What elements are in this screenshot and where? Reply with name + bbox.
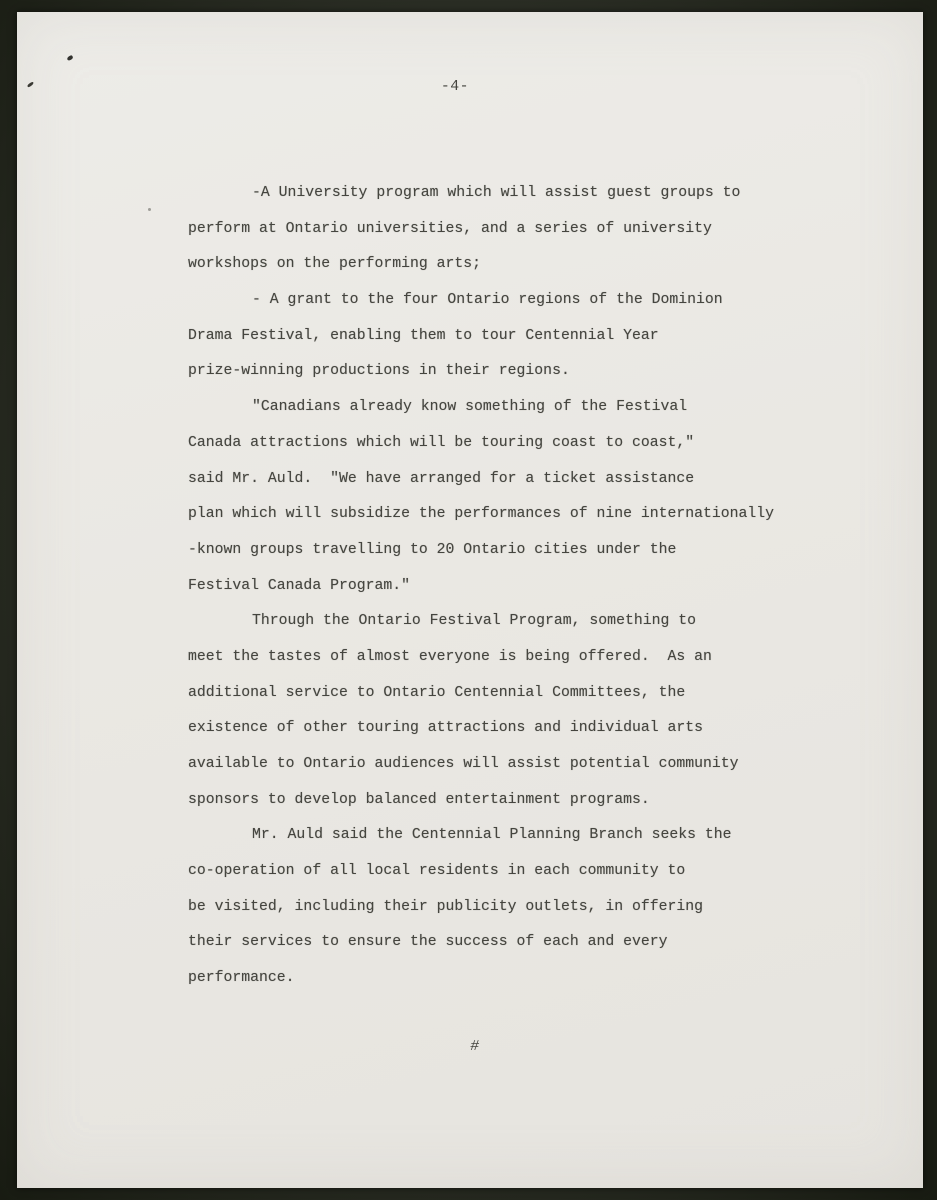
end-of-document-mark: # [460,1038,490,1056]
text-line: Festival Canada Program." [188,569,848,605]
text-line: plan which will subsidize the performanc… [188,497,848,533]
text-line: workshops on the performing arts; [188,247,848,283]
text-line: said Mr. Auld. "We have arranged for a t… [188,462,848,498]
text-line: -A University program which will assist … [188,176,848,212]
text-line: perform at Ontario universities, and a s… [188,212,848,248]
text-line: - A grant to the four Ontario regions of… [188,283,848,319]
text-line: be visited, including their publicity ou… [188,890,848,926]
ink-speck [66,55,73,61]
text-line: existence of other touring attractions a… [188,711,848,747]
text-line: "Canadians already know something of the… [188,390,848,426]
document-page: -4- -A University program which will ass… [17,12,923,1188]
text-line: Mr. Auld said the Centennial Planning Br… [188,818,848,854]
text-line: Drama Festival, enabling them to tour Ce… [188,319,848,355]
text-line: prize-winning productions in their regio… [188,354,848,390]
document-body: -A University program which will assist … [188,176,848,997]
text-line: sponsors to develop balanced entertainme… [188,783,848,819]
scan-background: -4- -A University program which will ass… [0,0,937,1200]
text-line: Canada attractions which will be touring… [188,426,848,462]
text-line: available to Ontario audiences will assi… [188,747,848,783]
text-line: Through the Ontario Festival Program, so… [188,604,848,640]
text-line: performance. [188,961,848,997]
text-line: co-operation of all local residents in e… [188,854,848,890]
text-line: meet the tastes of almost everyone is be… [188,640,848,676]
text-line: additional service to Ontario Centennial… [188,676,848,712]
text-line: -known groups travelling to 20 Ontario c… [188,533,848,569]
ink-speck [148,208,151,211]
page-number: -4- [428,78,482,96]
ink-speck [27,81,34,87]
text-line: their services to ensure the success of … [188,925,848,961]
